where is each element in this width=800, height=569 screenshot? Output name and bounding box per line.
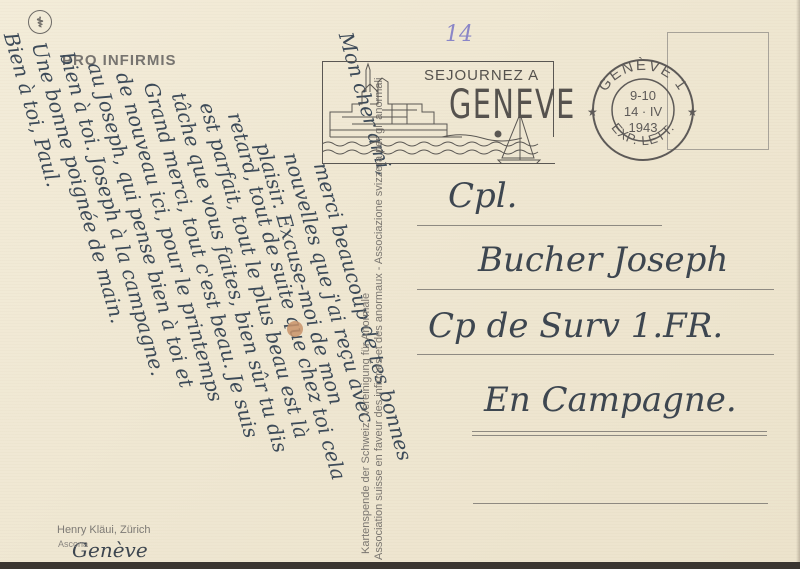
address-rule (417, 289, 774, 290)
postmark-date: 14 · IV (624, 104, 663, 119)
slogan-line-2: GENEVE (449, 82, 576, 128)
pro-infirmis-logo-icon: ⚕ (28, 10, 52, 34)
scan-background (0, 562, 800, 569)
address-line-unit: Cp de Surv 1.FR. (428, 306, 723, 346)
address-line-name: Bucher Joseph (478, 240, 728, 280)
address-rule (472, 435, 767, 436)
address-rule (417, 225, 662, 226)
edge-shadow (796, 0, 800, 564)
publisher-name: Henry Kläui, Zürich (57, 524, 151, 536)
address-line-location: En Campagne. (484, 380, 737, 420)
star-icon: ★ (587, 105, 598, 119)
address-rule (473, 503, 768, 504)
address-line-rank: Cpl. (448, 176, 517, 216)
star-icon: ★ (687, 105, 698, 119)
postcard: ⚕ PRO INFIRMIS 14 Mon cher ami, merci be… (0, 0, 800, 564)
postmark-year: 1943 (629, 120, 658, 135)
pencil-annotation: 14 (445, 22, 473, 47)
address-rule (472, 431, 767, 432)
publisher-series: Ascona (58, 539, 88, 549)
address-rule (417, 354, 774, 355)
postmark-time: 9-10 (630, 88, 656, 103)
circular-postmark: GENÈVE 1 EXP. LETT. 9-10 14 · IV 1943 ★ … (583, 52, 703, 164)
stain-spot (287, 321, 303, 337)
